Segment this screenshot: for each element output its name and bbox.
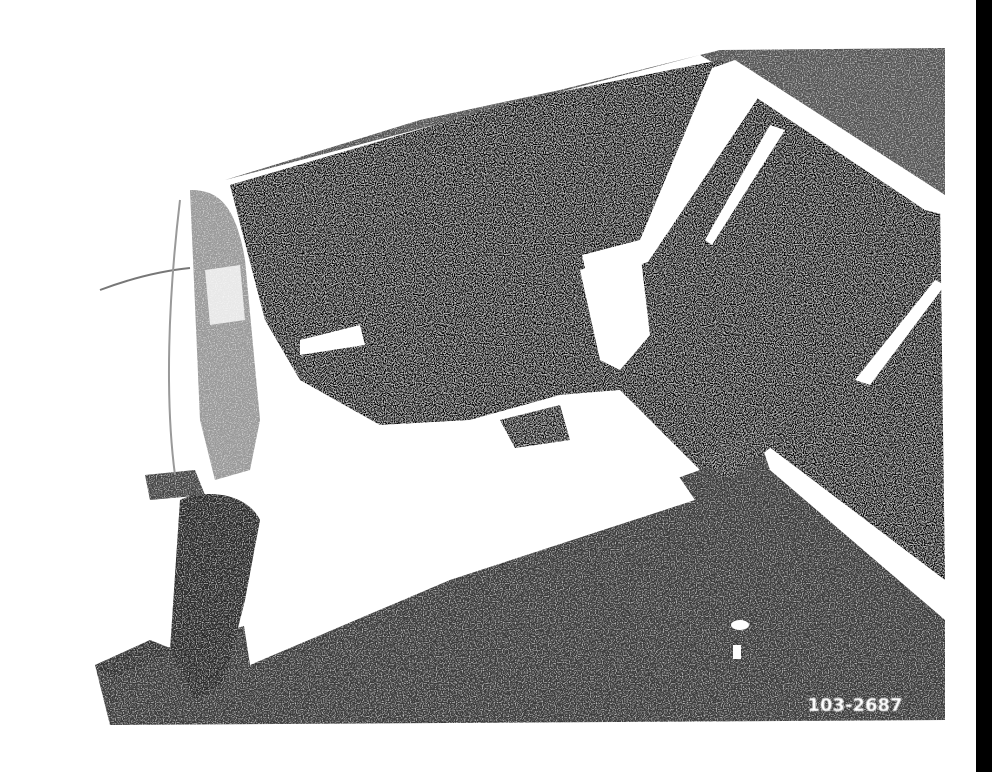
scan-edge-bar bbox=[976, 0, 992, 772]
cylindrical-fitting bbox=[95, 190, 260, 700]
vertical-edge bbox=[169, 200, 180, 475]
curved-edge bbox=[100, 268, 190, 290]
equipment-photograph bbox=[0, 0, 992, 772]
photo-label: 103-2687 bbox=[800, 692, 910, 720]
